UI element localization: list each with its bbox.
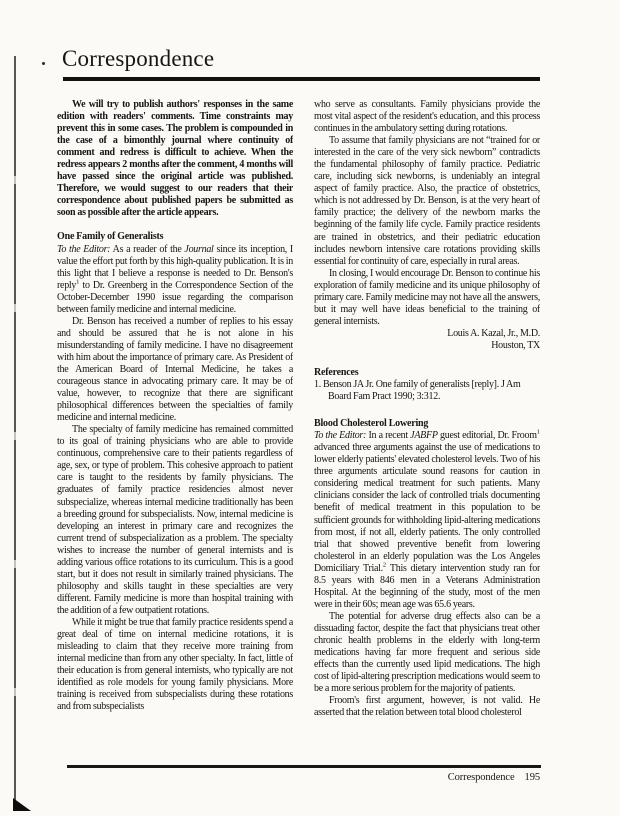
reference-text: Benson JA Jr. One family of generalists … (323, 379, 521, 402)
right-column: who serve as consultants. Family physici… (314, 99, 540, 763)
references-heading: References (314, 367, 540, 379)
signature-location: Houston, TX (314, 340, 540, 352)
page-footer: Correspondence195 (67, 772, 540, 783)
letter1-paragraph-2: Dr. Benson has received a number of repl… (57, 316, 293, 424)
reference-item: 1. Benson JA Jr. One family of generalis… (314, 379, 540, 403)
footer-label: Correspondence (448, 772, 515, 783)
journal-name: Journal (184, 244, 213, 255)
letter2-heading: Blood Cholesterol Lowering (314, 418, 540, 430)
scan-artifact-line (14, 56, 16, 802)
scan-artifact-dot (42, 62, 45, 65)
letter1-paragraph-1: To the Editor: As a reader of the Journa… (57, 244, 293, 316)
letter1-heading: One Family of Generalists (57, 231, 293, 243)
letter1-paragraph-5: To assume that family physicians are not… (314, 135, 540, 268)
reference-number: 1. (314, 379, 321, 390)
signature-name: Louis A. Kazal, Jr., M.D. (314, 328, 540, 340)
letter1-paragraph-3: The specialty of family medicine has rem… (57, 424, 293, 617)
letter1-paragraph-4-continued: who serve as consultants. Family physici… (314, 99, 540, 135)
letter2-paragraph-2: The potential for adverse drug effects a… (314, 611, 540, 695)
editor-note: We will try to publish authors' response… (57, 99, 293, 219)
left-column: We will try to publish authors' response… (57, 99, 293, 763)
title-rule (63, 77, 540, 81)
journal-page: Correspondence We will try to publish au… (0, 0, 620, 816)
letter1-paragraph-6: In closing, I would encourage Dr. Benson… (314, 268, 540, 328)
footer-page-number: 195 (525, 772, 540, 783)
reference-mark: 1 (537, 429, 540, 436)
letter2-paragraph-3: Froom's first argument, however, is not … (314, 695, 540, 719)
letter1-paragraph-4: While it might be true that family pract… (57, 617, 293, 713)
journal-abbreviation: JABFP (410, 430, 437, 441)
footer-rule (67, 765, 541, 768)
two-column-text-block: We will try to publish authors' response… (57, 99, 540, 763)
page-title: Correspondence (62, 47, 214, 70)
letter2-paragraph-1: To the Editor: In a recent JABFP guest e… (314, 430, 540, 611)
scan-artifact-corner (13, 798, 31, 811)
salutation: To the Editor: (314, 430, 366, 441)
salutation: To the Editor: (57, 244, 110, 255)
